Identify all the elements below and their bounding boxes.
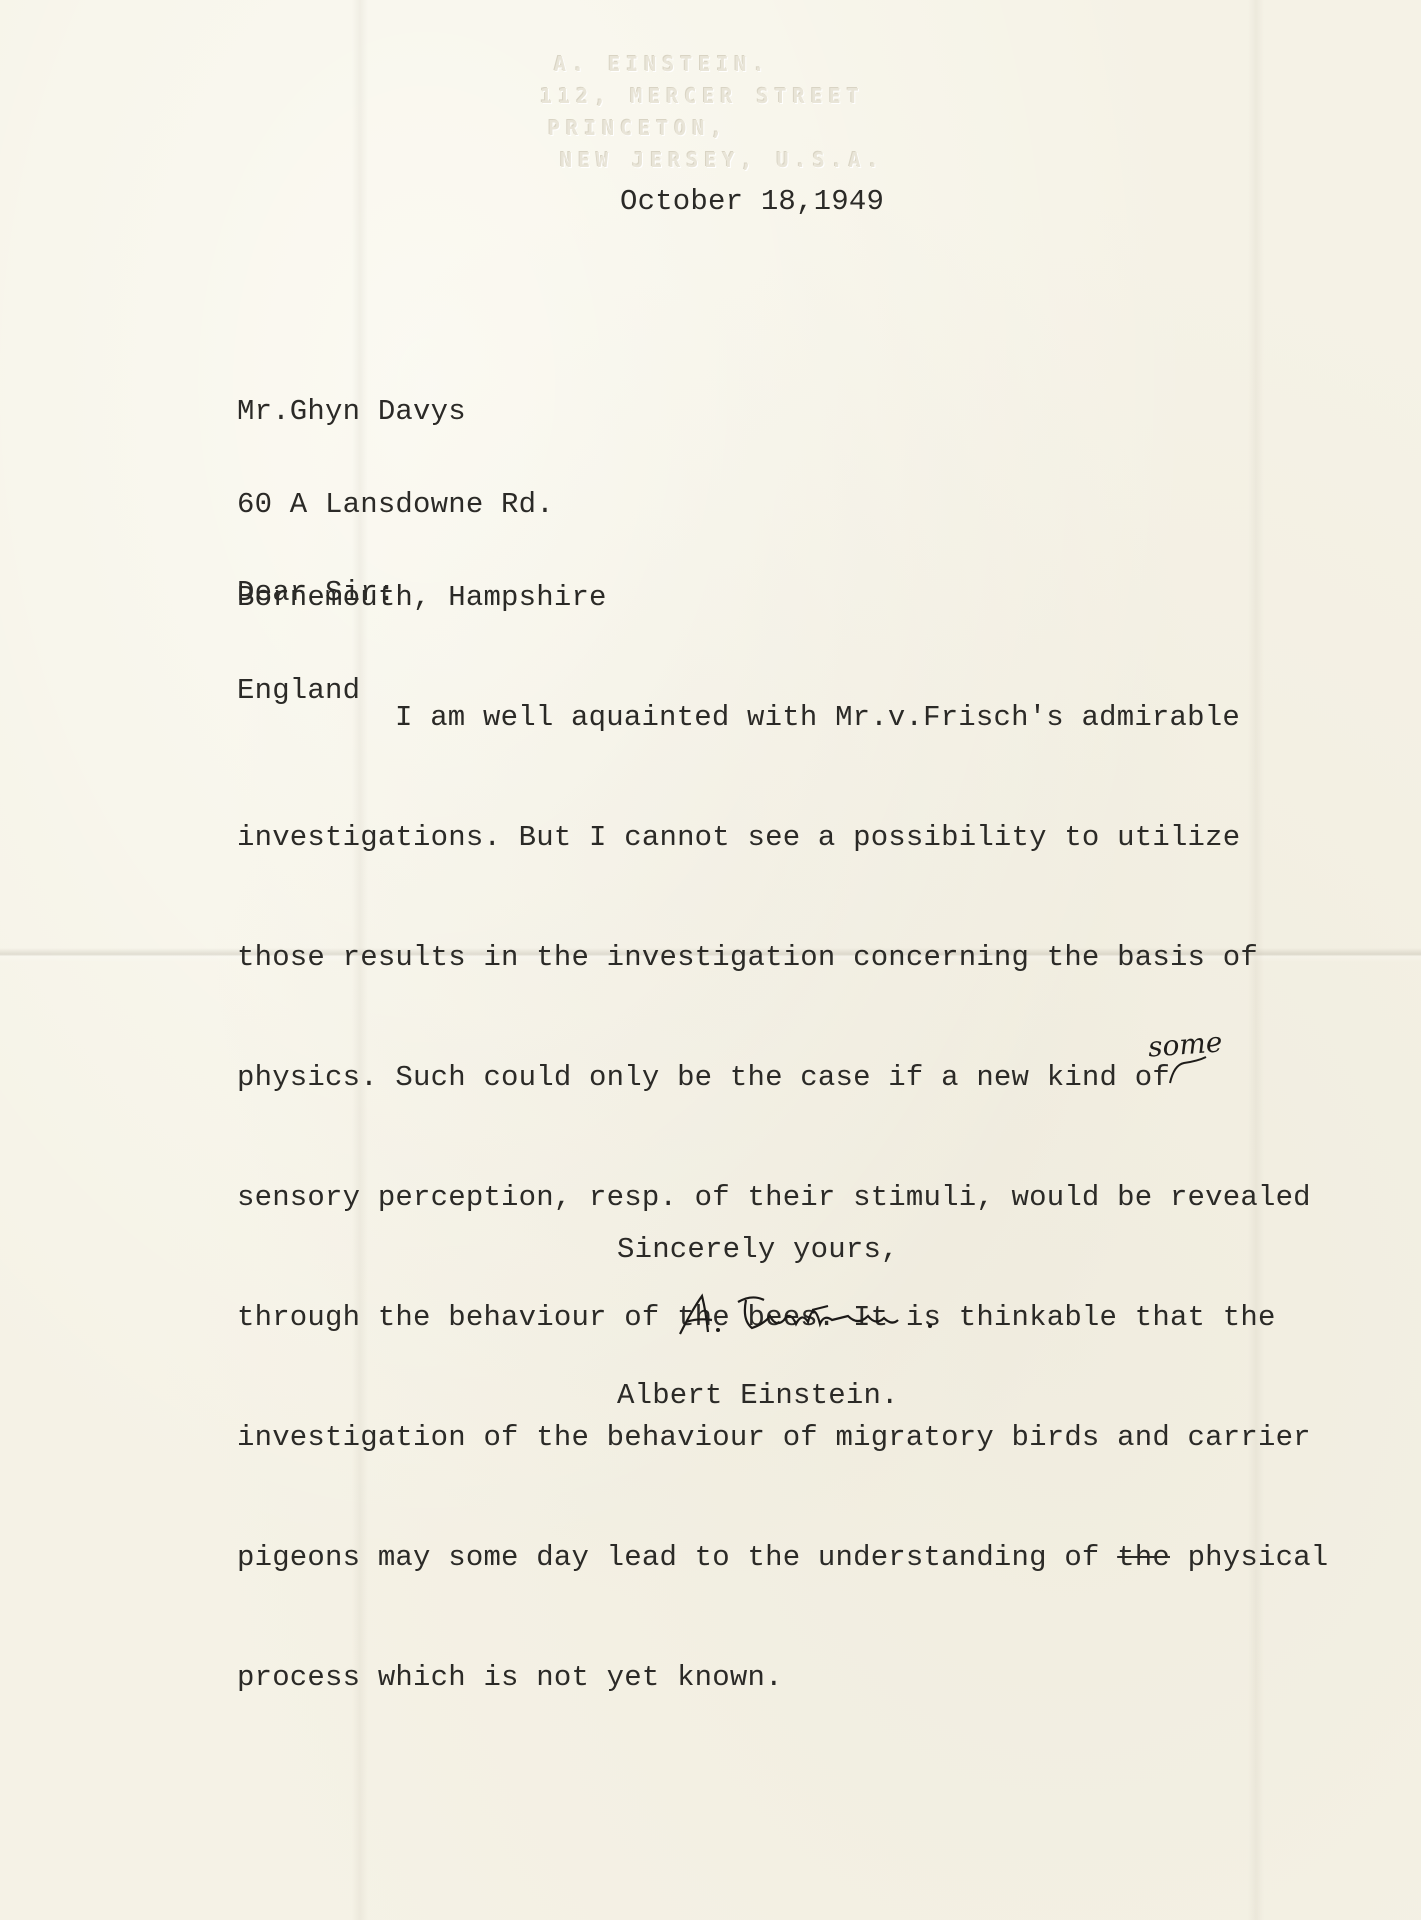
body-line-corrected: pigeons may some day lead to the underst…: [237, 1542, 1328, 1600]
closing: Sincerely yours,: [617, 1234, 899, 1265]
body-line-text: pigeons may some day lead to the underst…: [237, 1541, 1117, 1574]
body-line-tail: physical: [1170, 1541, 1328, 1574]
body-line: physics. Such could only be the case if …: [237, 1062, 1328, 1120]
salutation: Dear Sir:: [237, 577, 395, 608]
letterhead-line: NEW JERSEY, U.S.A.: [540, 144, 900, 176]
body-line: investigations. But I cannot see a possi…: [237, 822, 1328, 880]
body-line: sensory perception, resp. of their stimu…: [237, 1182, 1328, 1240]
letterhead-line: 112, MERCER STREET: [540, 80, 900, 112]
recipient-name: Mr.Ghyn Davys: [237, 396, 607, 427]
body-line: investigation of the behaviour of migrat…: [237, 1422, 1328, 1480]
recipient-street: 60 A Lansdowne Rd.: [237, 489, 607, 520]
insertion-mark-icon: [1168, 1055, 1208, 1085]
body-line: those results in the investigation conce…: [237, 942, 1328, 1000]
body-line: process which is not yet known.: [237, 1662, 1328, 1720]
signed-name: Albert Einstein.: [617, 1380, 899, 1411]
handwritten-signature-icon: [672, 1290, 952, 1340]
letter-body: I am well aquainted with Mr.v.Frisch's a…: [237, 640, 1328, 1751]
embossed-letterhead: A. EINSTEIN. 112, MERCER STREET PRINCETO…: [540, 48, 900, 176]
letterhead-line: A. EINSTEIN.: [540, 48, 900, 80]
struck-word: the: [1117, 1541, 1170, 1574]
body-line: I am well aquainted with Mr.v.Frisch's a…: [237, 702, 1328, 760]
letterhead-line: PRINCETON,: [540, 112, 900, 144]
letter-date: October 18,1949: [620, 186, 884, 217]
